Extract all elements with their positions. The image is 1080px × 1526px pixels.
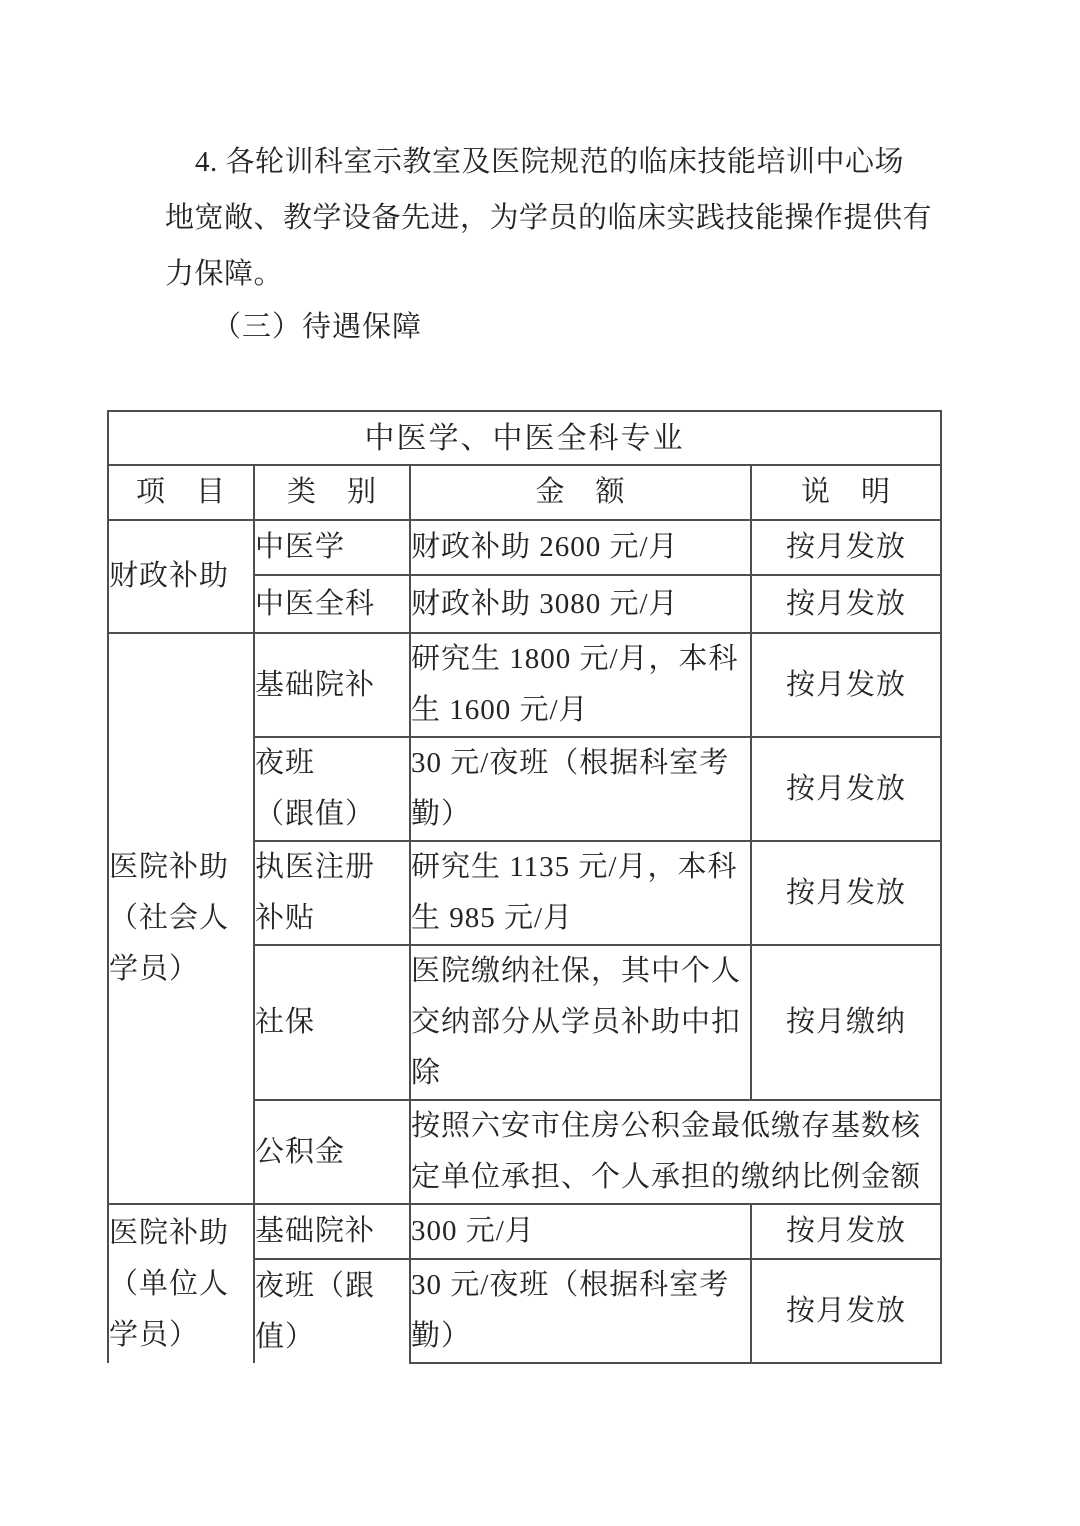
note-cell: 按月发放 — [751, 1204, 941, 1259]
category-cell: 公积金 — [254, 1100, 410, 1204]
category-cell: 夜班（跟 值） — [254, 1259, 410, 1363]
header-amount: 金 额 — [410, 465, 751, 520]
category-cell: 夜班 （跟值） — [254, 737, 410, 841]
header-note: 说 明 — [751, 465, 941, 520]
amount-cell: 财政补助 3080 元/月 — [410, 575, 751, 633]
amount-cell: 按照六安市住房公积金最低缴存基数核 定单位承担、个人承担的缴纳比例金额 — [410, 1100, 941, 1204]
table-header-row: 项 目 类 别 金 额 说 明 — [108, 465, 941, 520]
category-cell: 基础院补 — [254, 1204, 410, 1259]
table-row: 医院补助 （社会人 学员） 基础院补 研究生 1800 元/月，本科 生 160… — [108, 633, 941, 737]
benefits-table: 中医学、中医全科专业 项 目 类 别 金 额 说 明 财政补助 中医学 财政补助… — [107, 410, 942, 1364]
table-row: 财政补助 中医学 财政补助 2600 元/月 按月发放 — [108, 520, 941, 575]
item-cell: 财政补助 — [108, 520, 254, 633]
category-cell: 中医学 — [254, 520, 410, 575]
body-paragraph: 4. 各轮训科室示教室及医院规范的临床技能培训中心场 地宽敞、教学设备先进，为学… — [165, 134, 935, 302]
header-category: 类 别 — [254, 465, 410, 520]
paragraph-line: 4. 各轮训科室示教室及医院规范的临床技能培训中心场 — [165, 134, 935, 190]
table-title-row: 中医学、中医全科专业 — [108, 411, 941, 465]
amount-cell: 300 元/月 — [410, 1204, 751, 1259]
amount-cell: 研究生 1800 元/月，本科 生 1600 元/月 — [410, 633, 751, 737]
item-cell: 医院补助 （单位人 学员） — [108, 1204, 254, 1363]
note-cell: 按月发放 — [751, 737, 941, 841]
paragraph-line: 地宽敞、教学设备先进，为学员的临床实践技能操作提供有 — [165, 190, 935, 246]
table-title: 中医学、中医全科专业 — [108, 411, 941, 465]
table-row: 医院补助 （单位人 学员） 基础院补 300 元/月 按月发放 — [108, 1204, 941, 1259]
amount-cell: 30 元/夜班（根据科室考 勤） — [410, 1259, 751, 1363]
note-cell: 按月发放 — [751, 520, 941, 575]
note-cell: 按月缴纳 — [751, 945, 941, 1100]
header-item: 项 目 — [108, 465, 254, 520]
note-cell: 按月发放 — [751, 841, 941, 945]
item-cell: 医院补助 （社会人 学员） — [108, 633, 254, 1204]
amount-cell: 财政补助 2600 元/月 — [410, 520, 751, 575]
paragraph-line: 力保障。 — [165, 246, 935, 302]
note-cell: 按月发放 — [751, 633, 941, 737]
amount-cell: 研究生 1135 元/月，本科 生 985 元/月 — [410, 841, 751, 945]
category-cell: 执医注册 补贴 — [254, 841, 410, 945]
category-cell: 中医全科 — [254, 575, 410, 633]
section-heading: （三）待遇保障 — [212, 299, 422, 355]
note-cell: 按月发放 — [751, 575, 941, 633]
amount-cell: 医院缴纳社保，其中个人 交纳部分从学员补助中扣 除 — [410, 945, 751, 1100]
document-page: 4. 各轮训科室示教室及医院规范的临床技能培训中心场 地宽敞、教学设备先进，为学… — [0, 0, 1080, 1526]
category-cell: 基础院补 — [254, 633, 410, 737]
amount-cell: 30 元/夜班（根据科室考 勤） — [410, 737, 751, 841]
category-cell: 社保 — [254, 945, 410, 1100]
note-cell: 按月发放 — [751, 1259, 941, 1363]
